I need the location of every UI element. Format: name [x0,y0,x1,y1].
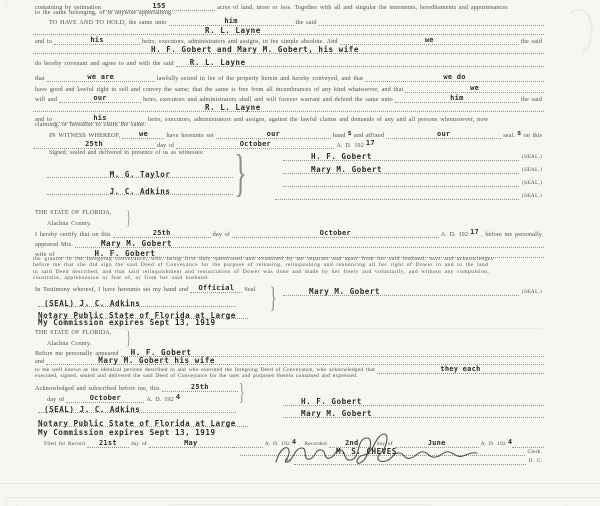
typed-entry: we do [443,74,465,81]
dotted-leader: H. F. Gobert and Mary M. Gobert, his wif… [33,46,544,54]
witness-signature-taylor: M. G. Taylor [47,168,233,178]
typed-entry: May [184,440,197,447]
typed-superscript: 17 [470,229,479,236]
ack-signature-2: Mary M. Gobert [283,410,544,418]
dotted-leader: 25th [162,384,238,392]
dotted-leader [512,440,544,448]
line-covenant: do hereby covenant and agree to and with… [33,59,544,67]
seal-label: (SEAL.) [519,290,544,296]
typed-entry: they each [440,366,480,373]
seal-label: (SEAL.) [519,155,544,161]
seal-line-3: (SEAL.) [283,179,544,187]
form-text: will and [33,97,59,103]
dotted-leader: our [386,131,501,139]
form-text: Clerk. [525,450,544,456]
typed-entry: his [90,37,103,44]
typed-signer: Mary M. Gobert [309,288,380,295]
form-text: , before me personally [479,232,544,238]
typed-commission: My Commission expires Sept 13, 1919 [38,319,216,326]
typed-entry: him [224,18,237,25]
dotted-leader [319,18,544,26]
typed-entry: we [425,37,434,44]
typed-signer: H. F. Gobert [301,398,362,405]
form-text: and [33,359,46,365]
seal-line-2: Mary M. Gobert (SEAL.) [283,166,544,174]
typed-notary-title: Notary Public State of Florida at Large [38,420,236,427]
line-belonging: to the same belonging, or in anywise app… [33,10,544,16]
dotted-leader: Mary M. Gobert his wife [46,357,544,365]
typed-entry: R. L. Layne [190,59,246,66]
form-text: A. D. 192 [439,232,471,238]
dotted-leader: Mary M. Gobert [75,240,544,248]
line-incumbrances: have good and lawful right to sell and c… [33,85,544,93]
form-text: IN WITNESS WHEREOF, [47,133,122,139]
clerk-signature-handwriting [272,432,482,468]
line-acknowledged: Acknowledged and subscribed before me, t… [33,384,238,392]
witnesses-label: Signed, sealed and delivered in presence… [47,151,247,157]
dotted-leader: October [176,141,334,149]
acknowledged-brace: } [239,381,245,405]
seal-label: (SEAL.) [519,168,544,174]
dotted-leader: 25th [113,230,211,238]
form-text: the said [519,39,544,45]
typed-commission: My Commission expires Sept 13, 1919 [38,429,216,436]
line-appeared-mrs: appeared Mrs. Mary M. Gobert [33,240,544,248]
dotted-leader [233,440,263,448]
typed-entry-grantors: H. F. Gobert and Mary M. Gobert, his wif… [151,46,359,53]
form-text: that [33,76,47,82]
line-witness-whereof: IN WITNESS WHEREOF, we have hereunto set… [47,131,544,139]
dotted-leader: him [395,95,519,103]
scan-artifact-bottom-line-3 [170,504,430,505]
form-text: and to [33,39,54,45]
scan-artifact-line [95,328,542,329]
form-text: THE STATE OF FLORIDA, [33,210,114,216]
dotted-leader: they each [377,366,544,374]
form-text: day of [211,232,232,238]
typed-entry: 21st [99,440,117,447]
typed-entry: we [470,85,479,92]
form-text: claiming, or hereafter to claim the same… [33,122,148,128]
typed-entry: our [93,95,106,102]
form-text: appeared Mrs. [33,242,75,248]
typed-witness-2: J. C. Adkins [110,188,171,195]
form-text: Alachua County. [45,221,93,227]
typed-signer-2: Mary M. Gobert [311,166,382,173]
scan-artifact-left-edge-2 [16,0,17,506]
line-claiming: claiming, or hereafter to claim the same… [33,122,544,128]
typed-entry: Mary M. Gobert [101,240,172,247]
form-text: THE STATE OF FLORIDA, [33,330,114,336]
witness-brace: } [234,148,246,200]
line-heirs-simple: and to his heirs, executors, administrat… [33,37,544,45]
form-text: day of [129,442,149,448]
dotted-leader: R. L. Layne [33,27,544,35]
dotted-leader: R. L. Layne [33,104,544,112]
form-text: executed, signed, sealed and delivered t… [33,374,360,380]
dotted-leader: Mary M. Gobert [283,288,519,296]
form-text: Acknowledged and subscribed before me, t… [33,386,162,392]
dotted-leader: we [340,37,519,45]
typed-entry: our [267,131,280,138]
notary-signature-1: (SEAL) J. C. Adkins [38,297,236,307]
typed-superscript: 4 [508,439,512,446]
typed-entry: October [320,230,351,237]
dotted-leader [283,179,519,187]
form-text: I hereby certify that on this [33,232,113,238]
form-text: on this [522,133,545,139]
seal-label: (SEAL.) [519,194,544,200]
seal-line-1: H. F. Gobert (SEAL.) [283,153,544,161]
form-text: do hereby covenant and agree to and with… [33,61,176,67]
form-text: the said [294,20,319,26]
form-text: seal. [501,133,517,139]
scan-artifact-bottom-line-1 [0,483,600,484]
form-text: Alachua County. [45,341,93,347]
deed-document-scan: containing by estimation 155 acres of la… [0,0,600,506]
dotted-leader: R. L. Layne [176,59,544,67]
dotted-leader: our [216,131,331,139]
scan-artifact-page-curl [555,6,597,62]
form-text: to the same belonging, or in anywise app… [33,10,175,16]
form-text: lawfully seized in fee of the property h… [155,76,365,82]
seal-line-4: (SEAL.) [275,192,544,200]
county-heading-2: Alachua County. [45,341,544,347]
form-text: the said [519,97,544,103]
typed-superscript: s [517,130,521,137]
seal-label: (SEAL.) [519,181,544,187]
dotted-leader: 25th [33,141,155,149]
witness-signature-adkins: J. C. Adkins [47,185,233,195]
form-text: Seal [242,287,257,293]
typed-signer: Mary M. Gobert [301,410,372,417]
form-text: hand [331,133,348,139]
testimony-brace: } [270,283,277,313]
typed-entry: 25th [153,230,171,237]
dower-signature-line: Mary M. Gobert (SEAL.) [283,288,544,296]
scan-artifact-left-edge [6,0,7,506]
form-text: In Testimony whereof, I have hereunto se… [33,287,190,293]
line-grantee-name-2: R. L. Layne [33,104,544,112]
typed-entry: Official [198,285,234,292]
county-heading-1: Alachua County. [45,221,544,227]
typed-entry: Mary M. Gobert his wife [98,357,215,364]
dotted-leader: October [232,230,439,238]
notary-title-2: Notary Public State of Florida at Large [38,417,248,427]
dotted-leader: Mary M. Gobert [283,410,544,418]
typed-notary: (SEAL) J. C. Adkins [44,406,140,413]
typed-entry: we [139,131,148,138]
dotted-leader: his [54,37,140,45]
form-text: A. D. 192 [334,143,366,149]
form-text: before me that she did sign the said Dee… [33,263,488,269]
typed-entry-day: 25th [85,141,103,148]
line-seized: that we are lawfully seized in fee of th… [33,74,544,82]
dower-paragraph-line-2: before me that she did sign the said Dee… [33,263,544,269]
line-grantee-name-1: R. L. Layne [33,27,544,35]
line-testimony: In Testimony whereof, I have hereunto se… [33,285,265,293]
line-warrant: will and our heirs, executors and admini… [33,95,544,103]
typed-entry: R. L. Layne [205,104,261,111]
dotted-leader: we [122,131,164,139]
form-text: have good and lawful right to sell and c… [33,87,405,93]
dotted-leader: Mary M. Gobert [283,166,519,174]
notary-signature-2: (SEAL) J. C. Adkins [38,403,236,413]
line-execution-date: 25th day of October A. D. 19217 [33,141,544,149]
scan-artifact-right-edge-2 [566,320,567,506]
form-text: Filed for Record [42,442,87,448]
typed-witness-1: M. G. Taylor [110,171,171,178]
typed-signer-1: H. F. Gobert [311,153,372,160]
dotted-leader: Official [190,285,242,293]
commission-line-1: My Commission expires Sept 13, 1919 [38,319,544,325]
form-text: Signed, sealed and delivered in presence… [47,151,206,157]
typed-entry: him [450,95,463,102]
dotted-leader: 21st [87,440,129,448]
typed-entry: we are [87,74,114,81]
dotted-leader: him [169,18,294,26]
dotted-leader: H. F. Gobert [283,153,519,161]
state-heading-2: THE STATE OF FLORIDA, [33,330,544,336]
typed-superscript: s [347,130,351,137]
typed-entry: 25th [191,384,209,391]
form-text: constraint, apprehension or fear of, or … [33,276,209,282]
dotted-leader: May [149,440,233,448]
dower-paragraph-line-4: constraint, apprehension or fear of, or … [33,276,544,282]
typed-superscript-year: 17 [366,140,375,147]
scan-artifact-right-edge [589,0,590,200]
form-text: have hereunto set [164,133,215,139]
dotted-leader [275,192,519,200]
form-text: day of [155,143,176,149]
dotted-leader: October [66,395,144,403]
form-text: D. C. [526,459,544,465]
form-text: heirs, executors and administrators shal… [141,97,395,103]
typed-notary: (SEAL) J. C. Adkins [44,300,140,307]
line-ack-date: day of October A. D. 1924 [45,395,235,403]
line-and-wife: and Mary M. Gobert his wife [33,357,544,365]
typed-entry: our [437,131,450,138]
line-certify-date: I hereby certify that on this 25th day o… [33,230,544,238]
typed-superscript: 4 [176,394,180,401]
ack-signature-1: H. F. Gobert [283,398,544,406]
dotted-leader: H. F. Gobert [283,398,544,406]
line-have-and-hold: TO HAVE AND TO HOLD, the same unto him t… [47,18,544,26]
dotted-leader: our [59,95,141,103]
dotted-leader: we [405,85,544,93]
dotted-leader: we are [47,74,155,82]
state-heading-1: THE STATE OF FLORIDA, [33,210,544,216]
dotted-leader: we do [365,74,544,82]
scan-artifact-bottom-line-2 [5,497,600,498]
line-executed: executed, signed, sealed and delivered t… [33,374,544,380]
typed-entry: H. F. Gobert [131,349,192,356]
typed-entry-grantee: R. L. Layne [205,27,261,34]
line-grantors-names: H. F. Gobert and Mary M. Gobert, his wif… [33,46,544,54]
typed-entry: October [90,395,121,402]
form-text: TO HAVE AND TO HOLD, the same unto [47,20,169,26]
